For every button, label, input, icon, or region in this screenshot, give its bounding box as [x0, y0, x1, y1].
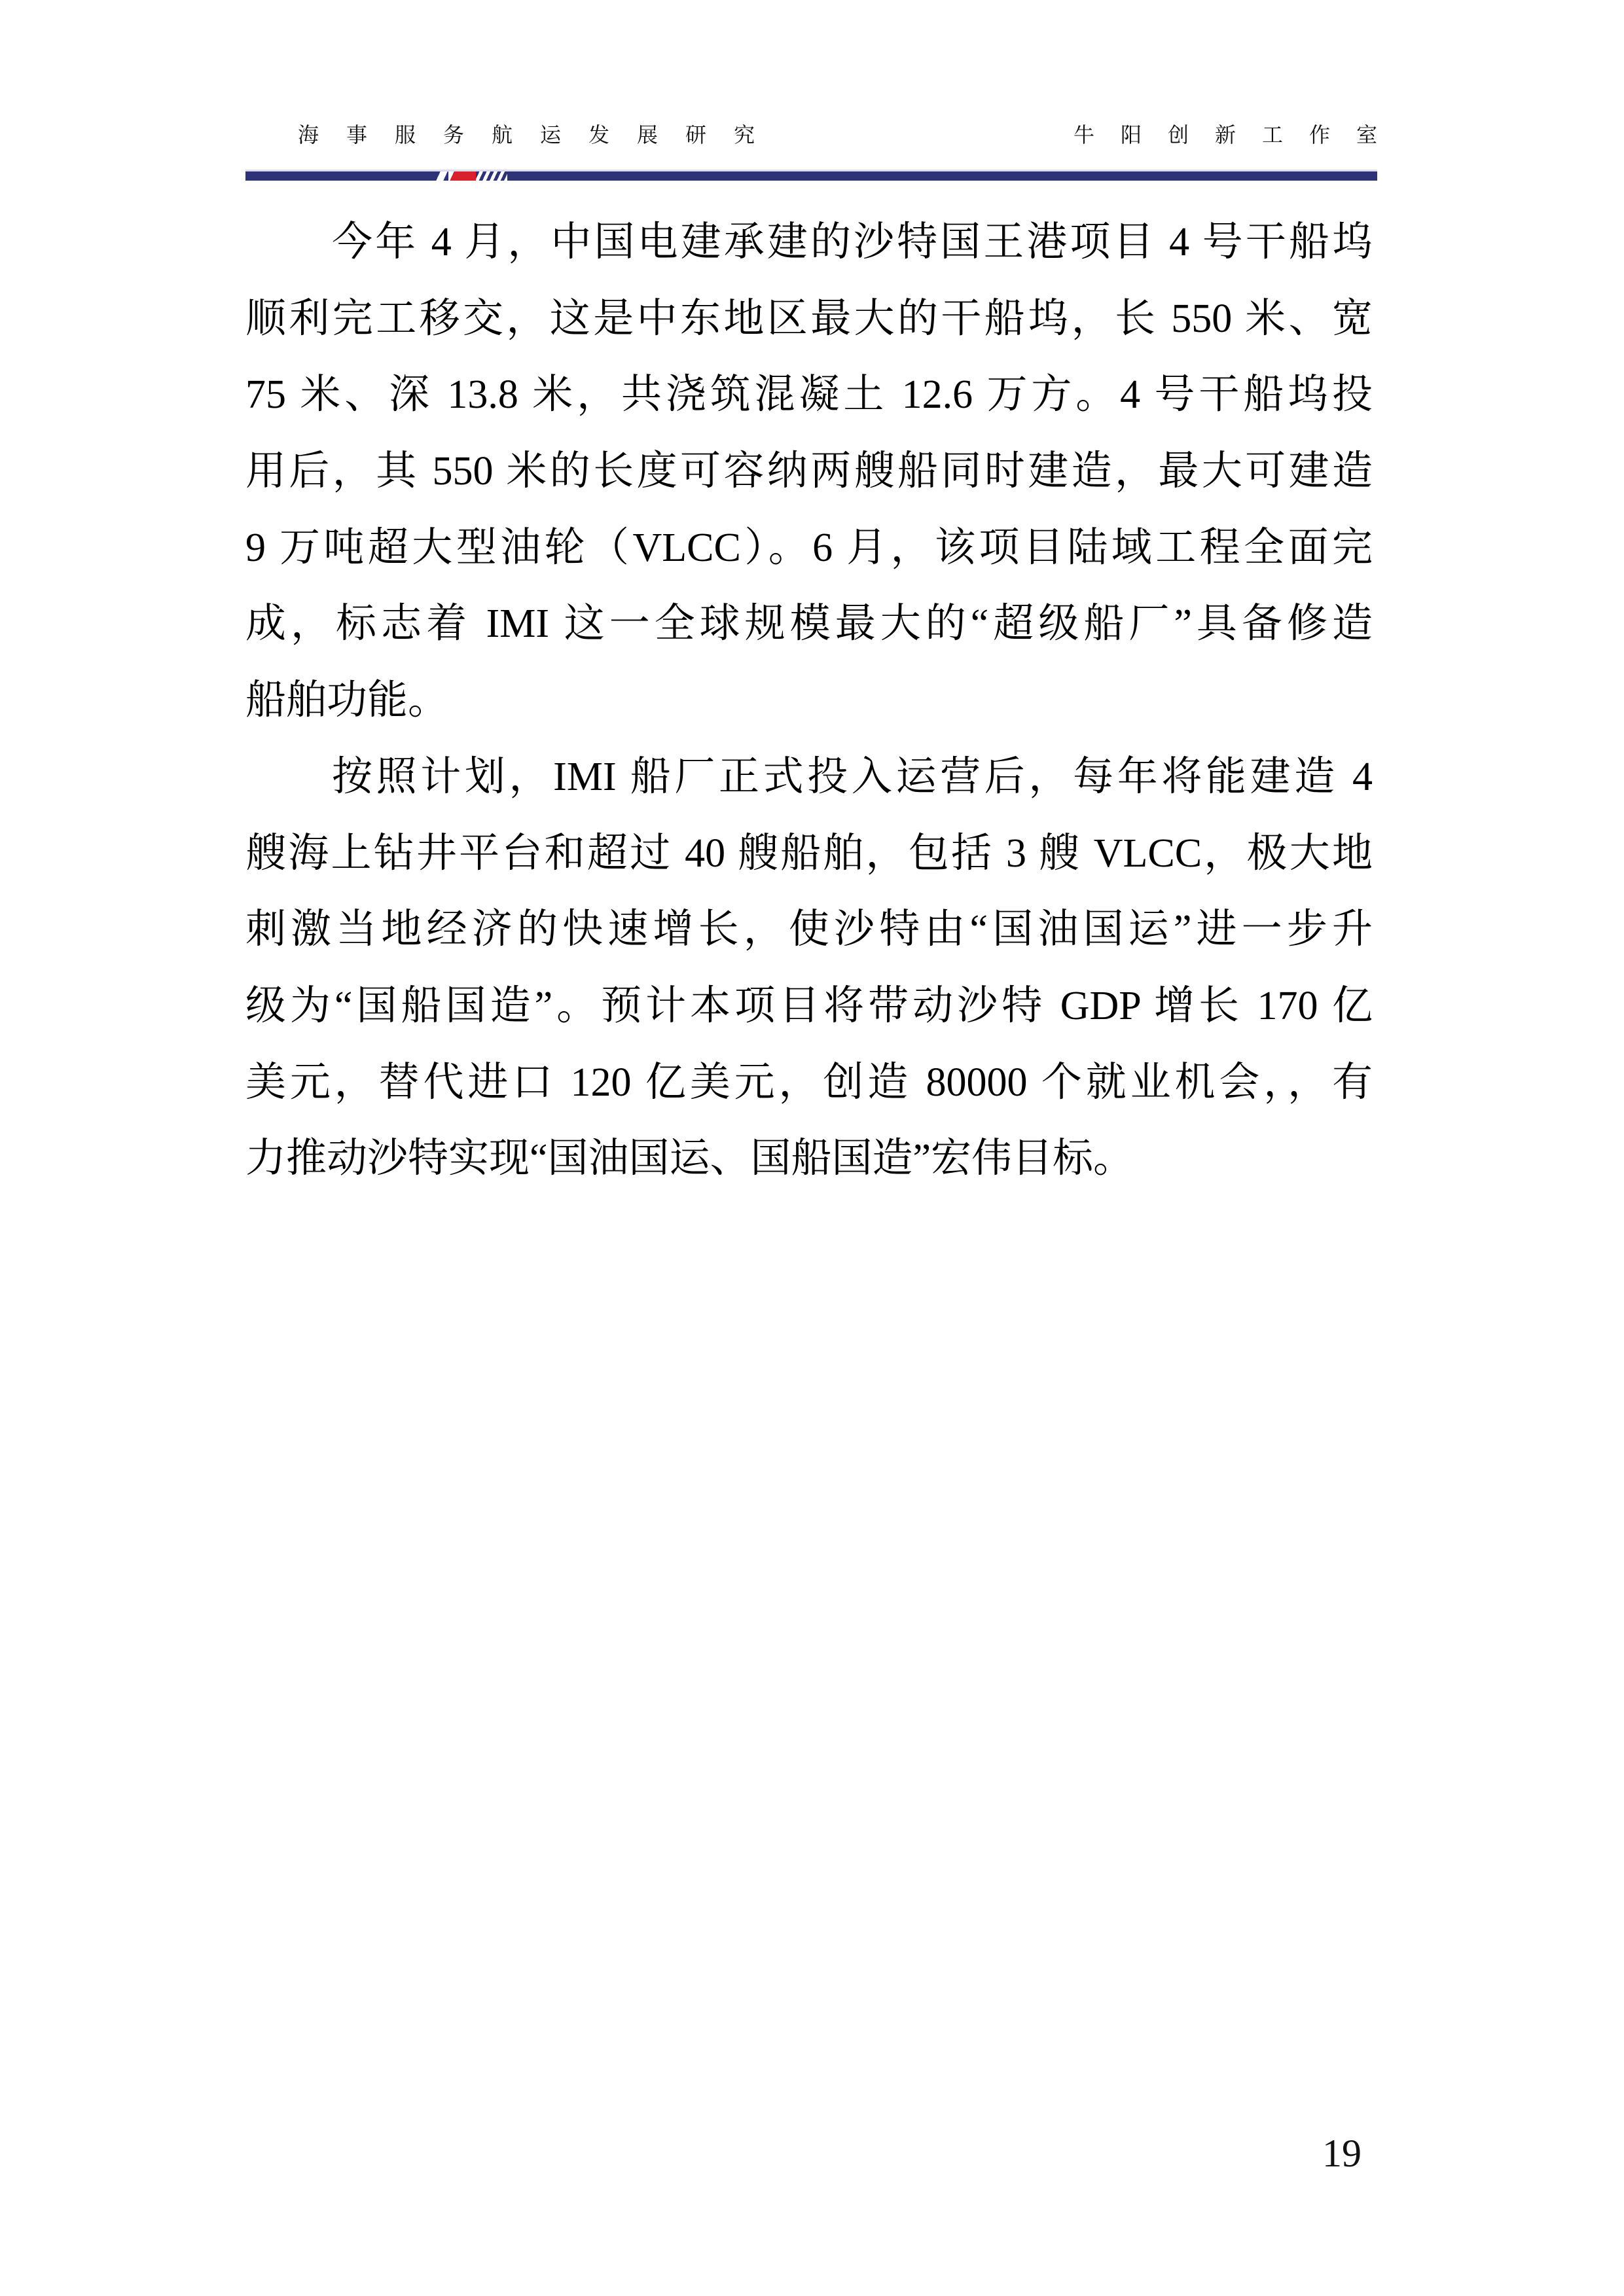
header-char: 新	[1215, 115, 1236, 154]
text-line: 75 米、深 13.8 米，共浇筑混凝土 12.6 万方。4 号干船坞投	[245, 370, 1373, 446]
header-char: 发	[588, 115, 609, 154]
page-number: 19	[1322, 2130, 1362, 2176]
divider-red-accent	[448, 171, 476, 181]
header-char: 牛	[1074, 115, 1094, 154]
header-char: 航	[492, 115, 513, 154]
header-char: 作	[1309, 115, 1330, 154]
header-divider-band	[245, 171, 1377, 181]
header-char: 海	[298, 115, 319, 154]
header-char: 创	[1168, 115, 1189, 154]
text-line: 成，标志着 IMI 这一全球规模最大的“超级船厂”具备修造	[245, 599, 1373, 675]
text-line: 美元，替代进口 120 亿美元，创造 80000 个就业机会，，有	[245, 1058, 1373, 1134]
header-char: 展	[637, 115, 658, 154]
header-char: 工	[1262, 115, 1283, 154]
text-line: 用后，其 550 米的长度可容纳两艘船同时建造，最大可建造	[245, 446, 1373, 523]
header-char: 研	[685, 115, 706, 154]
divider-stripe-accent	[476, 171, 507, 181]
header-char: 室	[1356, 115, 1377, 154]
text-line: 顺利完工移交，这是中东地区最大的干船坞，长 550 米、宽	[245, 294, 1373, 370]
header-publication-title: 海事服务航运发展研究	[298, 115, 755, 154]
header-char: 究	[734, 115, 755, 154]
running-header: 海事服务航运发展研究 牛阳创新工作室	[245, 115, 1377, 154]
text-line: 级为“国船国造”。预计本项目将带动沙特 GDP 增长 170 亿	[245, 981, 1373, 1058]
body-text: 今年 4 月，中国电建承建的沙特国王港项目 4 号干船坞 顺利完工移交，这是中东…	[245, 217, 1373, 1210]
text-line: 力推动沙特实现“国油国运、国船国造”宏伟目标。	[245, 1134, 1373, 1210]
text-line: 刺激当地经济的快速增长，使沙特由“国油国运”进一步升	[245, 905, 1373, 981]
header-studio-name: 牛阳创新工作室	[1074, 115, 1377, 154]
header-char: 服	[395, 115, 416, 154]
text-line: 船舶功能。	[245, 675, 1373, 752]
paragraph-1: 今年 4 月，中国电建承建的沙特国王港项目 4 号干船坞 顺利完工移交，这是中东…	[245, 217, 1373, 752]
header-char: 运	[540, 115, 561, 154]
text-line: 按照计划，IMI 船厂正式投入运营后，每年将能建造 4	[245, 752, 1373, 829]
header-char: 事	[346, 115, 367, 154]
text-line: 9 万吨超大型油轮（VLCC）。6 月，该项目陆域工程全面完	[245, 523, 1373, 600]
header-char: 阳	[1121, 115, 1142, 154]
paragraph-2: 按照计划，IMI 船厂正式投入运营后，每年将能建造 4 艘海上钻井平台和超过 4…	[245, 752, 1373, 1210]
text-line: 今年 4 月，中国电建承建的沙特国王港项目 4 号干船坞	[245, 217, 1373, 294]
text-line: 艘海上钻井平台和超过 40 艘船舶，包括 3 艘 VLCC，极大地	[245, 829, 1373, 905]
header-char: 务	[443, 115, 464, 154]
